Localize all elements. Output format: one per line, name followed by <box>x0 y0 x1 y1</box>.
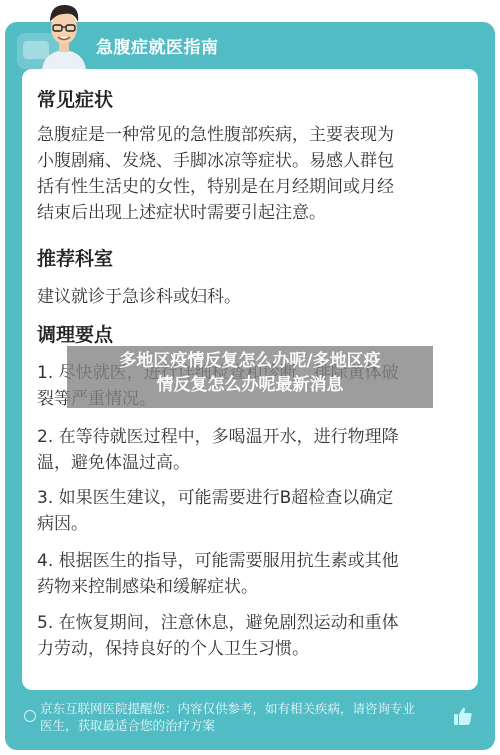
section-title-care: 调理要点 <box>37 320 113 347</box>
doctor-avatar <box>38 0 90 70</box>
text-line: 医生，获取最适合您的治疗方案 <box>40 717 460 734</box>
section-title-department: 推荐科室 <box>37 244 113 271</box>
text-line: 温，避免体温过高。 <box>37 450 469 476</box>
symptoms-text: 急腹症是一种常见的急性腹部疾病，主要表现为 小腹剧痛、发烧、手脚冰凉等症状。易感… <box>37 122 469 226</box>
text-line: 5. 在恢复期间，注意休息，避免剧烈运动和重体 <box>37 610 469 636</box>
care-item-2: 2. 在等待就医过程中，多喝温开水，进行物理降 温，避免体温过高。 <box>37 424 469 476</box>
care-item-3: 3. 如果医生建议，可能需要进行B超检查以确定 病因。 <box>37 485 469 537</box>
page-title: 急腹症就医指南 <box>96 33 219 58</box>
info-icon <box>24 710 36 722</box>
section-title-symptoms: 常见症状 <box>37 85 113 112</box>
department-text: 建议就诊于急诊科或妇科。 <box>37 284 469 310</box>
text-line: 力劳动，保持良好的个人卫生习惯。 <box>37 636 469 662</box>
text-line: 括有性生活史的女性，特别是在月经期间或月经 <box>37 174 469 200</box>
watermark-line: 多地区疫情反复怎么办呢/多地区疫 <box>67 349 433 373</box>
text-line: 京东互联网医院提醒您：内容仅供参考，如有相关疾病，请咨询专业 <box>40 700 460 717</box>
text-line: 4. 根据医生的指导，可能需要服用抗生素或其他 <box>37 548 469 574</box>
disclaimer-text: 京东互联网医院提醒您：内容仅供参考，如有相关疾病，请咨询专业 医生，获取最适合您… <box>40 700 460 734</box>
text-line: 2. 在等待就医过程中，多喝温开水，进行物理降 <box>37 424 469 450</box>
care-item-5: 5. 在恢复期间，注意休息，避免剧烈运动和重体 力劳动，保持良好的个人卫生习惯。 <box>37 610 469 662</box>
thumbs-up-icon[interactable] <box>453 706 473 726</box>
text-line: 建议就诊于急诊科或妇科。 <box>37 284 469 310</box>
text-line: 药物来控制感染和缓解症状。 <box>37 574 469 600</box>
watermark-overlay: 多地区疫情反复怎么办呢/多地区疫 情反复怎么办呢最新消息 <box>67 346 433 408</box>
text-line: 3. 如果医生建议，可能需要进行B超检查以确定 <box>37 485 469 511</box>
watermark-text: 多地区疫情反复怎么办呢/多地区疫 情反复怎么办呢最新消息 <box>67 349 433 397</box>
text-line: 小腹剧痛、发烧、手脚冰凉等症状。易感人群包 <box>37 148 469 174</box>
text-line: 急腹症是一种常见的急性腹部疾病，主要表现为 <box>37 122 469 148</box>
watermark-line: 情反复怎么办呢最新消息 <box>67 373 433 397</box>
text-line: 病因。 <box>37 511 469 537</box>
care-item-4: 4. 根据医生的指导，可能需要服用抗生素或其他 药物来控制感染和缓解症状。 <box>37 548 469 600</box>
text-line: 结束后出现上述症状时需要引起注意。 <box>37 200 469 226</box>
